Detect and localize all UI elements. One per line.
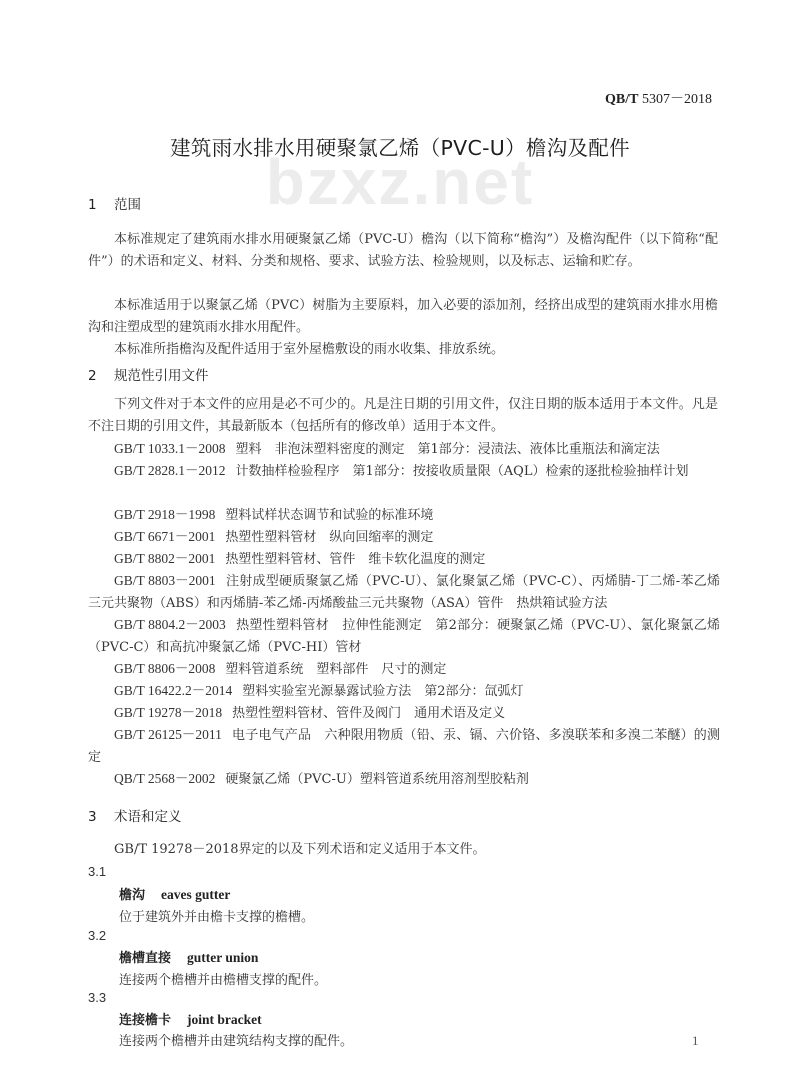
section-title: 规范性引用文件: [114, 368, 209, 384]
section-title: 范围: [114, 197, 141, 213]
term-zh: 连接檐卡: [119, 1013, 171, 1028]
reference-item: GB/T 26125－2011电子电气产品 六种限用物质（铅、汞、镉、六价铬、多…: [88, 724, 720, 769]
reference-title: 塑料 非泡沫塑料密度的测定 第1部分：浸渍法、液体比重瓶法和滴定法: [236, 442, 660, 457]
reference-item: GB/T 8802－2001热塑性塑料管材、管件 维卡软化温度的测定: [88, 548, 720, 571]
reference-item: GB/T 6671－2001热塑性塑料管材 纵向回缩率的测定: [88, 526, 720, 549]
scope-paragraph-2: 本标准适用于以聚氯乙烯（PVC）树脂为主要原料，加入必要的添加剂，经挤出成型的建…: [88, 295, 718, 339]
reference-title: 塑料实验室光源暴露试验方法 第2部分：氙弧灯: [242, 684, 523, 699]
reference-code: GB/T 26125－2011: [114, 727, 222, 742]
reference-code: GB/T 1033.1－2008: [114, 441, 226, 456]
reference-item: QB/T 2568－2002硬聚氯乙烯（PVC-U）塑料管道系统用溶剂型胶粘剂: [88, 768, 720, 791]
reference-title: 硬聚氯乙烯（PVC-U）塑料管道系统用溶剂型胶粘剂: [225, 772, 528, 787]
term-definition: 连接两个檐槽并由建筑结构支撑的配件。: [119, 1030, 353, 1049]
reference-item: GB/T 8806－2008塑料管道系统 塑料部件 尺寸的测定: [88, 658, 720, 681]
scope-paragraph-3: 本标准所指檐沟及配件适用于室外屋檐敷设的雨水收集、排放系统。: [88, 339, 718, 361]
reference-code: QB/T 2568－2002: [114, 771, 215, 786]
standard-code-number: 5307－2018: [642, 92, 712, 107]
term-heading: 檐槽直接gutter union: [119, 947, 258, 966]
references-intro: 下列文件对于本文件的应用是必不可少的。凡是注日期的引用文件，仅注日期的版本适用于…: [88, 394, 718, 438]
reference-item: GB/T 2918－1998塑料试样状态调节和试验的标准环境: [88, 504, 720, 527]
term-definition: 位于建筑外并由檐卡支撑的檐槽。: [119, 906, 314, 925]
term-en: joint bracket: [187, 1012, 262, 1027]
reference-title: 计数抽样检验程序 第1部分：按接收质量限（AQL）检索的逐批检验抽样计划: [236, 464, 689, 479]
reference-title: 热塑性塑料管材、管件 维卡软化温度的测定: [225, 552, 485, 567]
term-heading: 檐沟eaves gutter: [119, 884, 230, 903]
section-2-heading: 2规范性引用文件: [88, 364, 209, 384]
term-en: eaves gutter: [161, 887, 230, 902]
reference-code: GB/T 16422.2－2014: [114, 683, 232, 698]
standard-code-prefix: QB/T: [605, 92, 638, 107]
term-number: 3.2: [88, 928, 106, 943]
term-en: gutter union: [187, 950, 258, 965]
reference-code: GB/T 8803－2001: [114, 573, 216, 588]
document-page: QB/T 5307－2018 建筑雨水排水用硬聚氯乙烯（PVC-U）檐沟及配件 …: [0, 0, 800, 1090]
standard-code: QB/T 5307－2018: [605, 88, 712, 108]
reference-item: GB/T 1033.1－2008塑料 非泡沫塑料密度的测定 第1部分：浸渍法、液…: [88, 438, 720, 461]
reference-title: 热塑性塑料管材、管件及阀门 通用术语及定义: [232, 706, 505, 721]
reference-item: GB/T 8803－2001注射成型硬质聚氯乙烯（PVC-U）、氯化聚氯乙烯（P…: [88, 570, 720, 615]
reference-item: GB/T 2828.1－2012计数抽样检验程序 第1部分：按接收质量限（AQL…: [88, 460, 720, 483]
scope-paragraph-1: 本标准规定了建筑雨水排水用硬聚氯乙烯（PVC-U）檐沟（以下简称“檐沟”）及檐沟…: [88, 229, 718, 273]
section-number: 2: [88, 368, 114, 384]
reference-code: GB/T 6671－2001: [114, 529, 215, 544]
term-number: 3.1: [88, 864, 106, 879]
reference-title: 塑料试样状态调节和试验的标准环境: [225, 508, 433, 523]
term-zh: 檐沟: [119, 888, 145, 903]
reference-code: GB/T 19278－2018: [114, 705, 222, 720]
page-number: 1: [692, 1033, 699, 1049]
section-number: 3: [88, 809, 114, 825]
reference-item: GB/T 16422.2－2014塑料实验室光源暴露试验方法 第2部分：氙弧灯: [88, 680, 720, 703]
terms-intro: GB/T 19278－2018界定的以及下列术语和定义适用于本文件。: [88, 839, 718, 861]
watermark: bzxz.net: [200, 152, 600, 212]
section-1-heading: 1范围: [88, 193, 141, 213]
term-zh: 檐槽直接: [119, 951, 171, 966]
reference-item: GB/T 8804.2－2003热塑性塑料管材 拉伸性能测定 第2部分：硬聚氯乙…: [88, 614, 720, 659]
reference-code: GB/T 8806－2008: [114, 661, 215, 676]
reference-title: 塑料管道系统 塑料部件 尺寸的测定: [225, 662, 446, 677]
section-title: 术语和定义: [114, 809, 182, 825]
term-definition: 连接两个檐槽并由檐槽支撑的配件。: [119, 969, 327, 988]
reference-code: GB/T 2918－1998: [114, 507, 215, 522]
term-number: 3.3: [88, 990, 106, 1005]
reference-code: GB/T 8804.2－2003: [114, 617, 226, 632]
reference-item: GB/T 19278－2018热塑性塑料管材、管件及阀门 通用术语及定义: [88, 702, 720, 725]
term-heading: 连接檐卡joint bracket: [119, 1009, 262, 1028]
reference-title: 热塑性塑料管材 纵向回缩率的测定: [225, 530, 433, 545]
reference-code: GB/T 2828.1－2012: [114, 463, 226, 478]
reference-code: GB/T 8802－2001: [114, 551, 215, 566]
section-number: 1: [88, 197, 114, 213]
section-3-heading: 3术语和定义: [88, 805, 182, 825]
